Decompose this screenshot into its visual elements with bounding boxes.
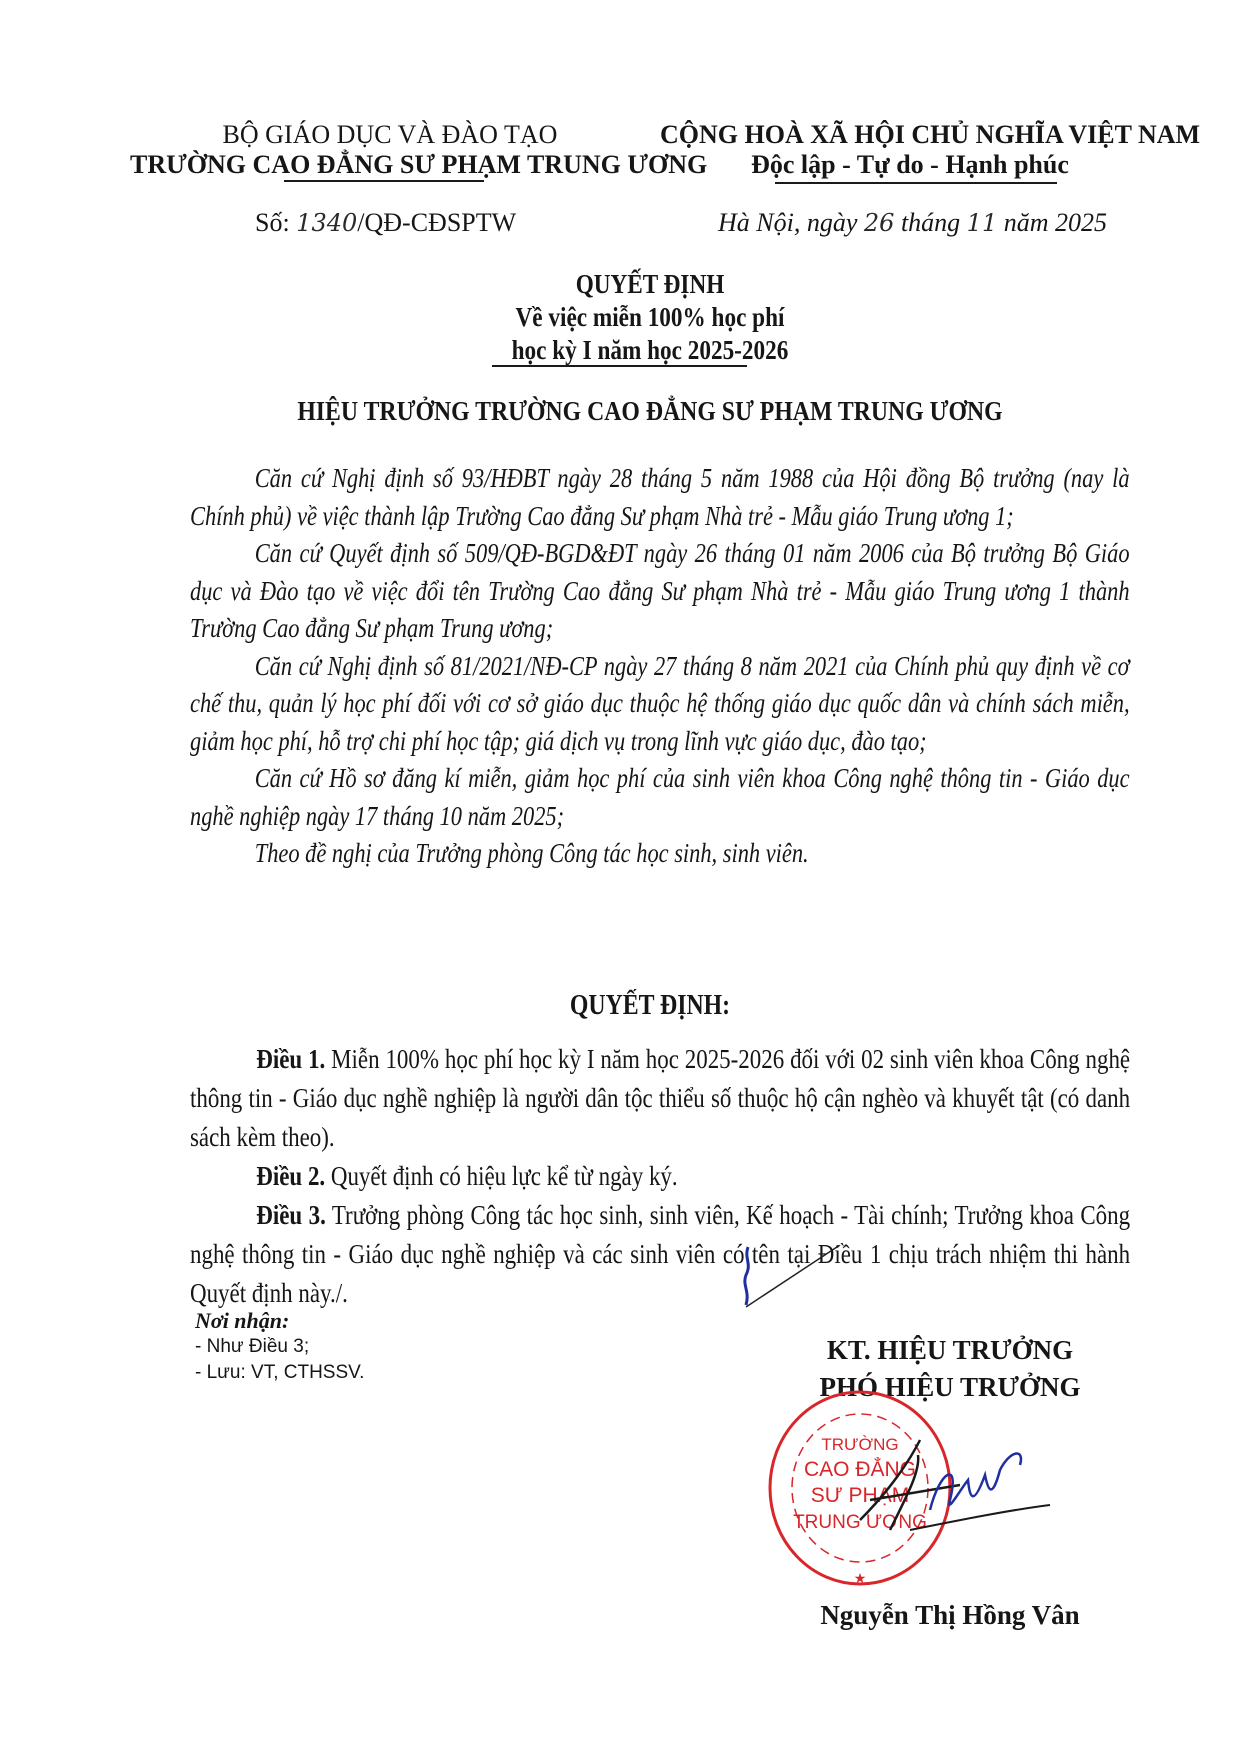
issuing-authority: HIỆU TRƯỞNG TRƯỜNG CAO ĐẲNG SƯ PHẠM TRUN… — [210, 396, 1090, 427]
basis-item: Căn cứ Nghị định số 81/2021/NĐ-CP ngày 2… — [190, 648, 1130, 761]
article-2: Điều 2. Quyết định có hiệu lực kể từ ngà… — [190, 1157, 1130, 1196]
number-suffix: /QĐ-CĐSPTW — [357, 208, 516, 237]
document-type: QUYẾT ĐỊNH — [306, 268, 994, 301]
article-text: Miễn 100% học phí học kỳ I năm học 2025-… — [190, 1044, 1130, 1152]
article-3: Điều 3. Trưởng phòng Công tác học sinh, … — [190, 1196, 1130, 1313]
handwritten-signature-icon — [850, 1430, 1050, 1550]
ministry-name: BỘ GIÁO DỤC VÀ ĐÀO TẠO — [130, 120, 650, 150]
decision-heading: QUYẾT ĐỊNH: — [310, 990, 990, 1022]
subject-line-1: Về việc miễn 100% học phí — [306, 301, 994, 334]
article-label: Điều 3. — [256, 1200, 326, 1230]
basis-item: Căn cứ Nghị định số 93/HĐBT ngày 28 thán… — [190, 460, 1130, 535]
date-mid: tháng — [894, 208, 966, 237]
basis-item: Theo đề nghị của Trưởng phòng Công tác h… — [190, 835, 1130, 873]
articles: Điều 1. Miễn 100% học phí học kỳ I năm h… — [190, 1040, 1130, 1313]
signer-name: Nguyễn Thị Hồng Vân — [780, 1600, 1120, 1631]
number-prefix: Số: — [255, 208, 296, 237]
subject-line-2: học kỳ I năm học 2025-2026 — [306, 334, 994, 367]
recipient-item: - Như Điều 3; — [195, 1334, 364, 1360]
document-title: QUYẾT ĐỊNH Về việc miễn 100% học phí học… — [306, 268, 994, 367]
school-underline — [284, 180, 484, 182]
recipients: Nơi nhận: - Như Điều 3; - Lưu: VT, CTHSS… — [195, 1308, 364, 1386]
motto-underline — [775, 182, 1057, 184]
document-page: { "header": { "ministry": "BỘ GIÁO DỤC V… — [0, 0, 1240, 1755]
country-name: CỘNG HOÀ XÃ HỘI CHỦ NGHĨA VIỆT NAM — [660, 120, 1160, 150]
article-1: Điều 1. Miễn 100% học phí học kỳ I năm h… — [190, 1040, 1130, 1157]
national-header: CỘNG HOÀ XÃ HỘI CHỦ NGHĨA VIỆT NAM Độc l… — [660, 120, 1160, 180]
recipients-label: Nơi nhận: — [195, 1308, 364, 1334]
title-underline — [492, 365, 747, 367]
date-day: 26 — [864, 209, 895, 237]
svg-text:★: ★ — [854, 1572, 867, 1587]
article-text: Trưởng phòng Công tác học sinh, sinh viê… — [190, 1200, 1130, 1308]
article-text: Quyết định có hiệu lực kể từ ngày ký. — [325, 1161, 677, 1191]
legal-basis: Căn cứ Nghị định số 93/HĐBT ngày 28 thán… — [190, 460, 1130, 873]
article-label: Điều 1. — [256, 1044, 325, 1074]
document-number: Số: 1340/QĐ-CĐSPTW — [255, 208, 516, 238]
date-month: 11 — [967, 209, 998, 237]
date-prefix: Hà Nội, ngày — [718, 208, 864, 237]
basis-item: Căn cứ Hồ sơ đăng kí miễn, giảm học phí … — [190, 760, 1130, 835]
signature-line-1: KT. HIỆU TRƯỞNG — [780, 1332, 1120, 1369]
recipient-item: - Lưu: VT, CTHSSV. — [195, 1360, 364, 1386]
basis-item: Căn cứ Quyết định số 509/QĐ-BGD&ĐT ngày … — [190, 535, 1130, 648]
issuer-block: BỘ GIÁO DỤC VÀ ĐÀO TẠO TRƯỜNG CAO ĐẲNG S… — [130, 120, 650, 180]
school-name: TRƯỜNG CAO ĐẲNG SƯ PHẠM TRUNG ƯƠNG — [130, 150, 650, 180]
date-line: Hà Nội, ngày 26 tháng 11 năm 2025 — [718, 208, 1107, 238]
article-label: Điều 2. — [256, 1161, 325, 1191]
initial-mark-icon — [740, 1245, 850, 1315]
number-handwritten: 1340 — [296, 209, 357, 237]
national-motto: Độc lập - Tự do - Hạnh phúc — [660, 150, 1160, 180]
date-suffix: năm 2025 — [997, 208, 1107, 237]
